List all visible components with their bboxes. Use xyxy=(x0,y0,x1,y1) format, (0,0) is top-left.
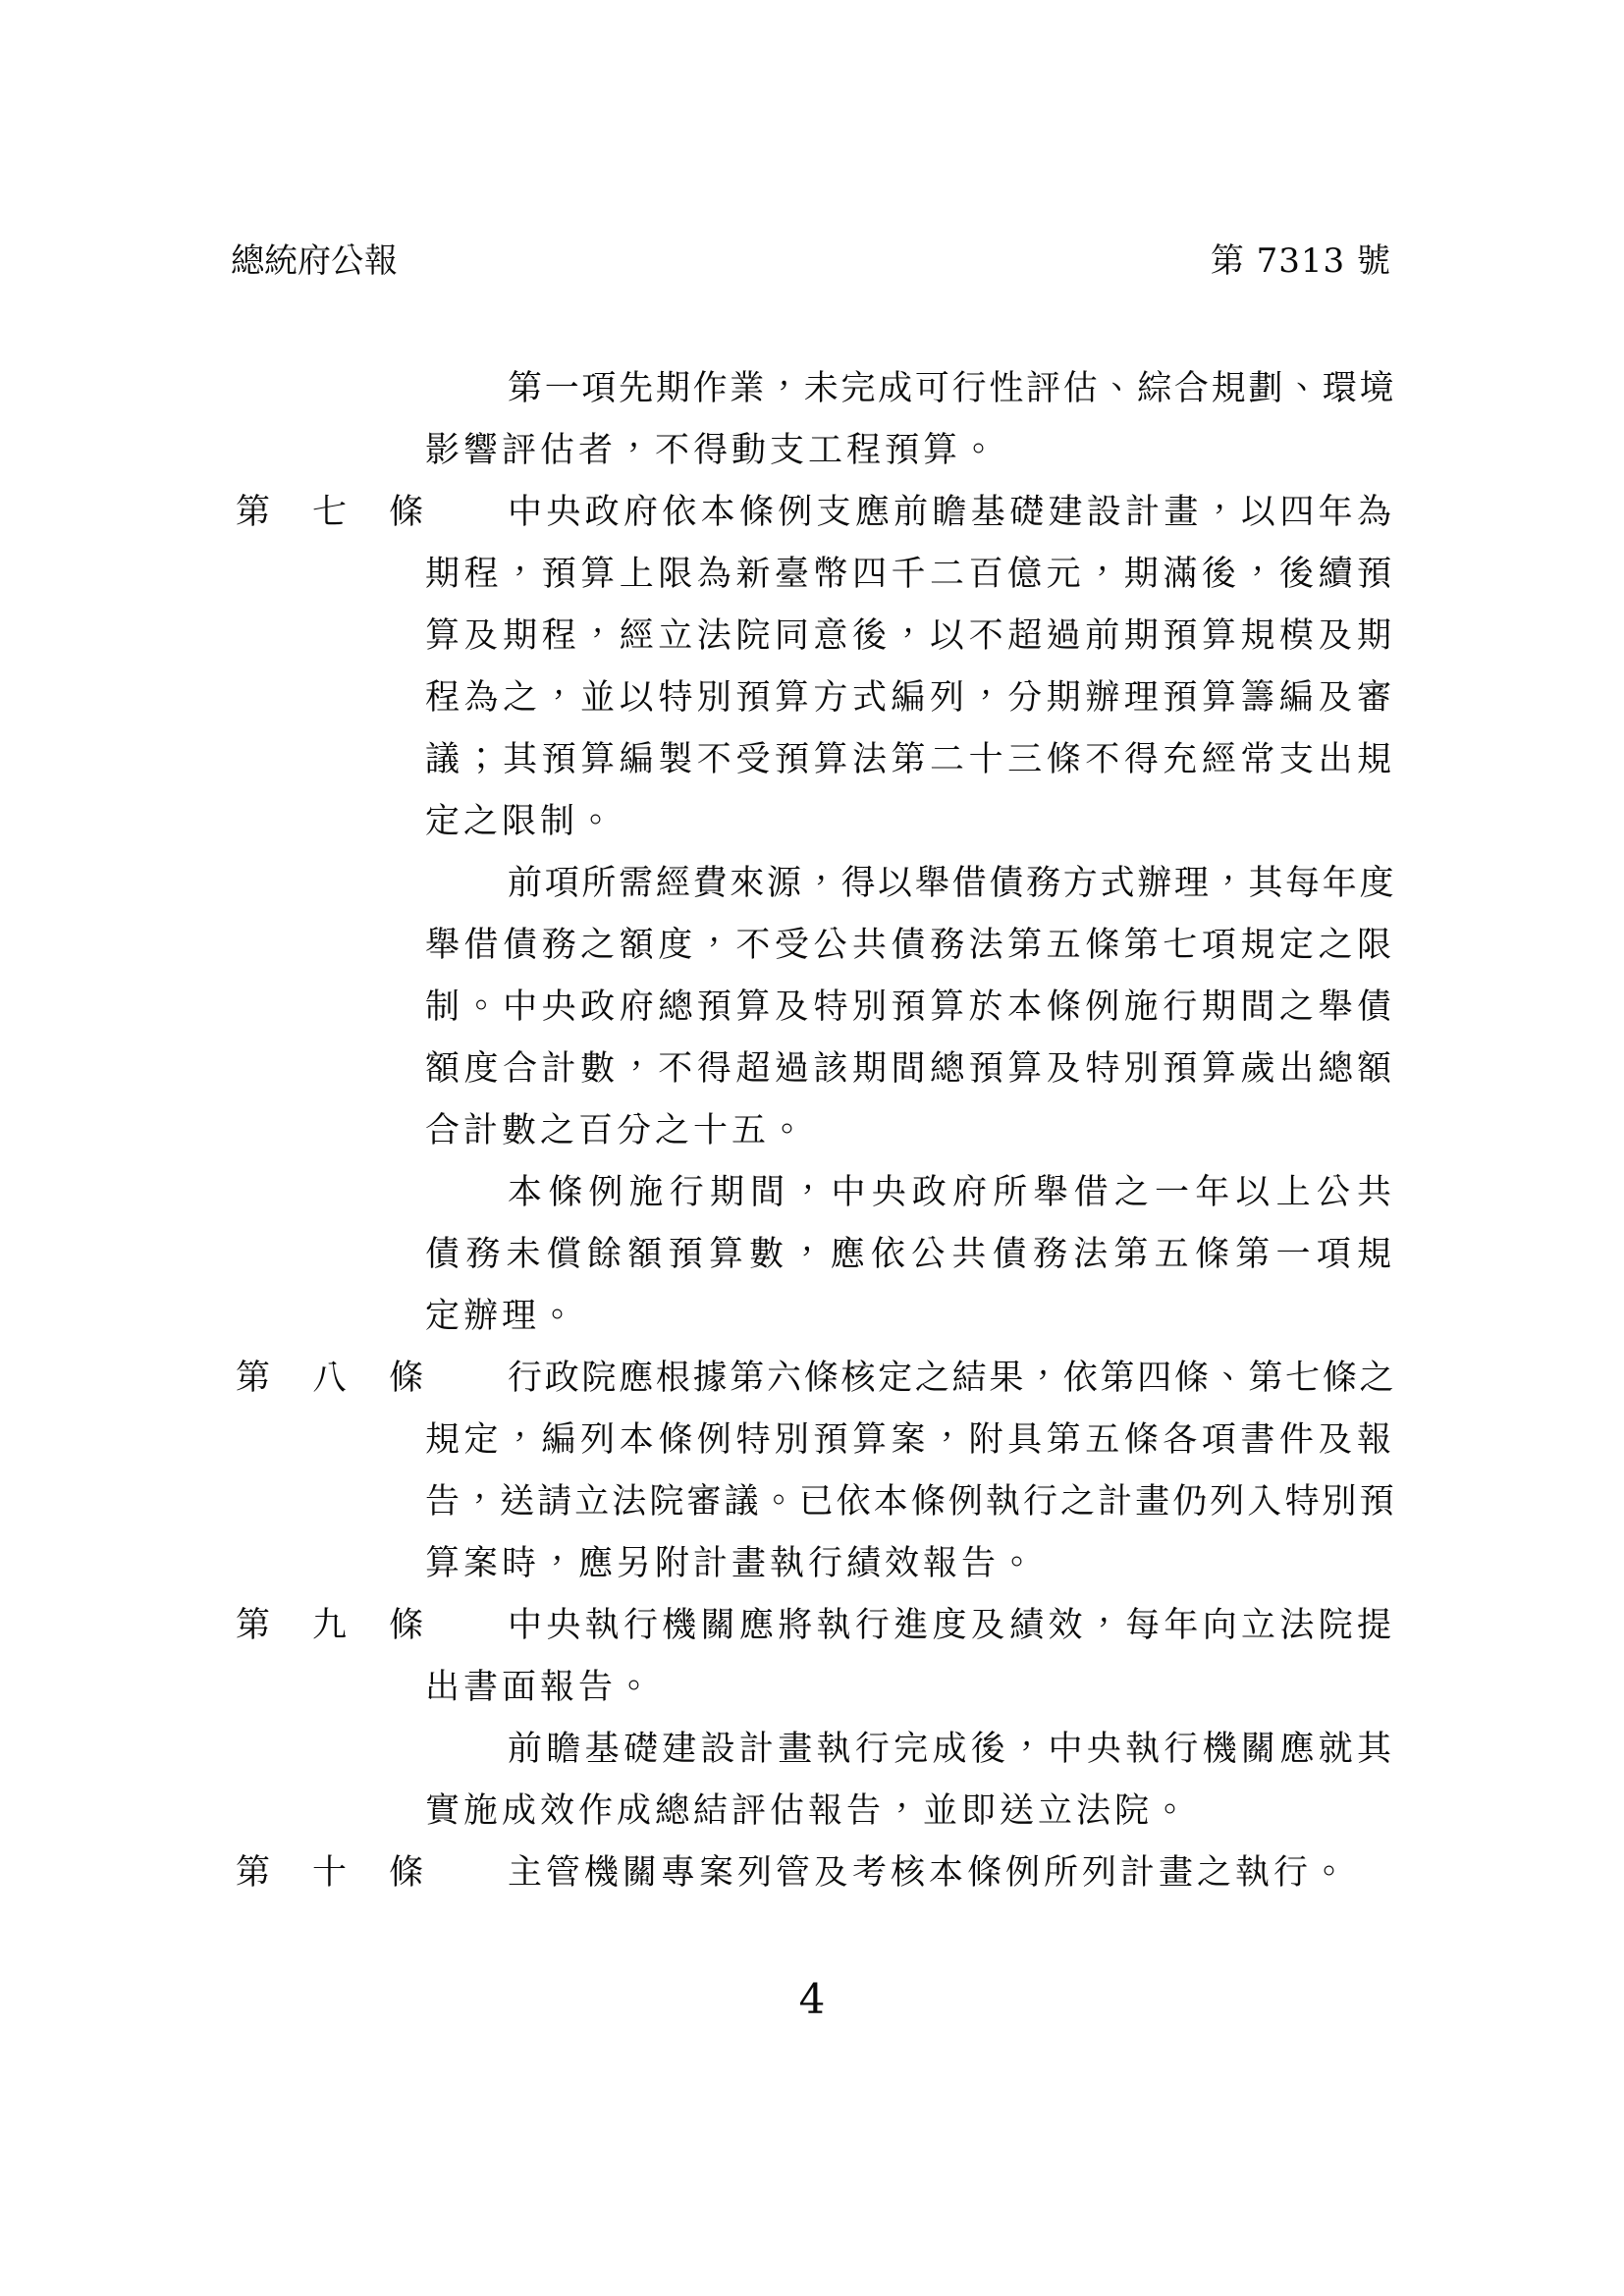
header-issue-number: 第 7313 號 xyxy=(1211,234,1391,282)
article-label-char: 七 xyxy=(312,482,347,544)
line-text: 舉借債務之額度，不受公共債務法第五條第七項規定之限 xyxy=(425,926,1395,965)
line-text: 告，送請立法院審議。已依本條例執行之計畫仍列入特別預 xyxy=(425,1482,1395,1522)
article-label-char: 第 xyxy=(236,1842,270,1904)
line-text: 定之限制。 xyxy=(425,802,617,841)
article-number-label: 第八條 xyxy=(236,1348,423,1410)
line-text: 定辦理。 xyxy=(425,1297,578,1336)
text-line: 第七條中央政府依本條例支應前瞻基礎建設計畫，以四年為 xyxy=(425,482,1395,544)
text-line: 出書面報告。 xyxy=(425,1657,1395,1719)
line-text: 行政院應根據第六條核定之結果，依第四條、第七條之 xyxy=(508,1359,1395,1398)
article-label-char: 八 xyxy=(312,1348,347,1410)
line-text: 額度合計數，不得超過該期間總預算及特別預算歲出總額 xyxy=(425,1049,1395,1089)
line-text: 第一項先期作業，未完成可行性評估、綜合規劃、環境 xyxy=(508,369,1395,408)
line-text: 影響評估者，不得動支工程預算。 xyxy=(425,431,1000,470)
text-line: 合計數之百分之十五。 xyxy=(425,1100,1395,1162)
text-line: 第九條中央執行機關應將執行進度及績效，每年向立法院提 xyxy=(425,1595,1395,1657)
text-line: 制。中央政府總預算及特別預算於本條例施行期間之舉債 xyxy=(425,977,1395,1039)
gazette-page: 總統府公報 第 7313 號 第一項先期作業，未完成可行性評估、綜合規劃、環境影… xyxy=(0,0,1624,2296)
line-text: 本條例施行期間，中央政府所舉借之一年以上公共 xyxy=(508,1173,1395,1212)
article-label-char: 第 xyxy=(236,482,270,544)
text-line: 議；其預算編製不受預算法第二十三條不得充經常支出規 xyxy=(425,729,1395,791)
line-text: 前項所需經費來源，得以舉借債務方式辦理，其每年度 xyxy=(508,864,1395,903)
line-text: 制。中央政府總預算及特別預算於本條例施行期間之舉債 xyxy=(425,988,1395,1027)
text-line: 定辦理。 xyxy=(425,1286,1395,1348)
text-line: 定之限制。 xyxy=(425,791,1395,853)
line-text: 程為之，並以特別預算方式編列，分期辦理預算籌編及審 xyxy=(425,678,1395,718)
line-text: 期程，預算上限為新臺幣四千二百億元，期滿後，後續預 xyxy=(425,555,1395,594)
text-line: 算及期程，經立法院同意後，以不超過前期預算規模及期 xyxy=(425,606,1395,667)
text-line: 本條例施行期間，中央政府所舉借之一年以上公共 xyxy=(425,1162,1395,1224)
line-text: 算及期程，經立法院同意後，以不超過前期預算規模及期 xyxy=(425,616,1395,656)
text-line: 告，送請立法院審議。已依本條例執行之計畫仍列入特別預 xyxy=(425,1471,1395,1533)
text-line: 第一項先期作業，未完成可行性評估、綜合規劃、環境 xyxy=(425,358,1395,420)
line-text: 主管機關專案列管及考核本條例所列計畫之執行。 xyxy=(508,1853,1350,1893)
text-line: 債務未償餘額預算數，應依公共債務法第五條第一項規 xyxy=(425,1224,1395,1286)
line-text: 前瞻基礎建設計畫執行完成後，中央執行機關應就其 xyxy=(508,1730,1395,1769)
article-label-char: 條 xyxy=(389,1348,423,1410)
text-line: 規定，編列本條例特別預算案，附具第五條各項書件及報 xyxy=(425,1410,1395,1471)
text-line: 算案時，應另附計畫執行績效報告。 xyxy=(425,1533,1395,1595)
line-text: 算案時，應另附計畫執行績效報告。 xyxy=(425,1544,1038,1583)
document-body: 第一項先期作業，未完成可行性評估、綜合規劃、環境影響評估者，不得動支工程預算。第… xyxy=(425,358,1395,1904)
line-text: 中央政府依本條例支應前瞻基礎建設計畫，以四年為 xyxy=(508,493,1395,532)
article-label-char: 條 xyxy=(389,482,423,544)
text-line: 額度合計數，不得超過該期間總預算及特別預算歲出總額 xyxy=(425,1039,1395,1100)
text-line: 期程，預算上限為新臺幣四千二百億元，期滿後，後續預 xyxy=(425,544,1395,606)
article-label-char: 九 xyxy=(312,1595,347,1657)
page-number: 4 xyxy=(0,1975,1624,2023)
text-line: 實施成效作成總結評估報告，並即送立法院。 xyxy=(425,1781,1395,1842)
text-line: 第十條主管機關專案列管及考核本條例所列計畫之執行。 xyxy=(425,1842,1395,1904)
text-line: 影響評估者，不得動支工程預算。 xyxy=(425,420,1395,482)
article-label-char: 條 xyxy=(389,1842,423,1904)
text-line: 前項所需經費來源，得以舉借債務方式辦理，其每年度 xyxy=(425,853,1395,915)
line-text: 出書面報告。 xyxy=(425,1668,655,1707)
article-number-label: 第十條 xyxy=(236,1842,423,1904)
text-line: 舉借債務之額度，不受公共債務法第五條第七項規定之限 xyxy=(425,915,1395,977)
line-text: 中央執行機關應將執行進度及績效，每年向立法院提 xyxy=(508,1606,1395,1645)
text-line: 第八條行政院應根據第六條核定之結果，依第四條、第七條之 xyxy=(425,1348,1395,1410)
text-line: 前瞻基礎建設計畫執行完成後，中央執行機關應就其 xyxy=(425,1719,1395,1781)
article-label-char: 十 xyxy=(312,1842,347,1904)
article-number-label: 第九條 xyxy=(236,1595,423,1657)
line-text: 債務未償餘額預算數，應依公共債務法第五條第一項規 xyxy=(425,1235,1395,1274)
line-text: 議；其預算編製不受預算法第二十三條不得充經常支出規 xyxy=(425,740,1395,779)
line-text: 規定，編列本條例特別預算案，附具第五條各項書件及報 xyxy=(425,1420,1395,1460)
article-label-char: 第 xyxy=(236,1348,270,1410)
article-number-label: 第七條 xyxy=(236,482,423,544)
header-publication-title: 總統府公報 xyxy=(231,234,398,282)
article-label-char: 第 xyxy=(236,1595,270,1657)
line-text: 合計數之百分之十五。 xyxy=(425,1111,808,1150)
line-text: 實施成效作成總結評估報告，並即送立法院。 xyxy=(425,1791,1191,1831)
article-label-char: 條 xyxy=(389,1595,423,1657)
text-line: 程為之，並以特別預算方式編列，分期辦理預算籌編及審 xyxy=(425,667,1395,729)
